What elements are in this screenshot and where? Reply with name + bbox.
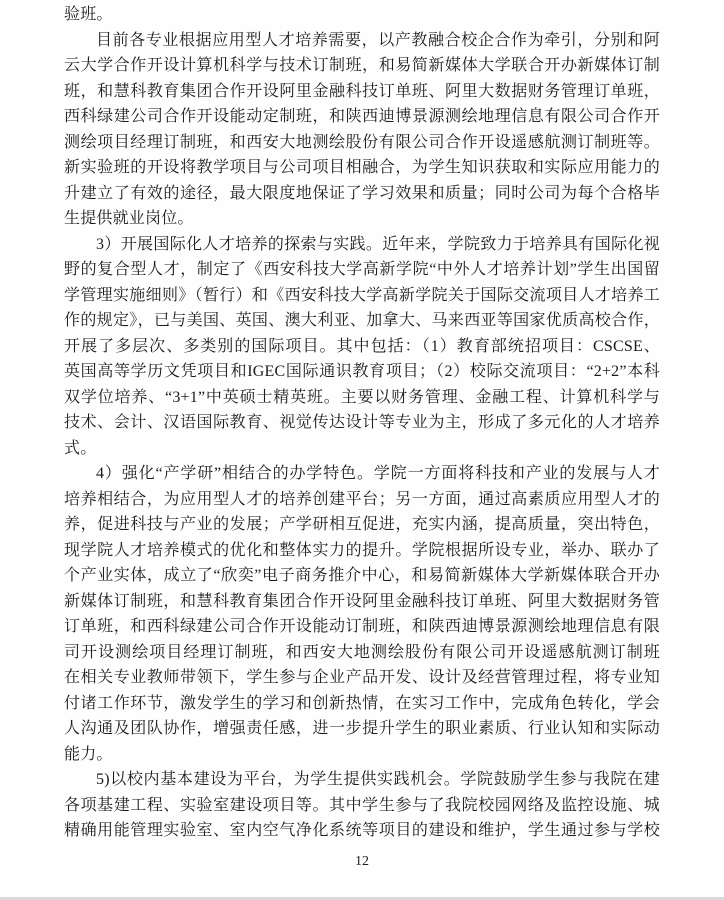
- text-line: 学管理实施细则》（暂行）和《西安科技大学高新学院关于国际交流项目人才培养工: [64, 283, 660, 309]
- text-line: 云大学合作开设计算机科学与技术订制班，和易简新媒体大学联合开办新媒体订制: [64, 53, 660, 79]
- text-line: 订单班，和西科绿建公司合作开设能动订制班，和陕西迪博景源测绘地理信息有限公: [64, 614, 660, 640]
- text-line: 4）强化“产学研”相结合的办学特色。学院一方面将科技和产业的发展与人才: [64, 461, 660, 487]
- text-line: 验班。: [64, 2, 660, 28]
- page-number: 12: [64, 853, 660, 871]
- text-line: 在相关专业教师带领下，学生参与企业产品开发、设计及经营管理过程，将专业知识: [64, 665, 660, 691]
- text-line: 野的复合型人才，制定了《西安科技大学高新学院“中外人才培养计划”学生出国留: [64, 257, 660, 283]
- text-line: 5)以校内基本建设为平台，为学生提供实践机会。学院鼓励学生参与我院在建的: [64, 767, 660, 793]
- text-line: 人沟通及团队协作，增强责任感，进一步提升学生的职业素质、行业认知和实际动手: [64, 716, 660, 742]
- text-line: 新实验班的开设将教学项目与公司项目相融合，为学生知识获取和实际应用能力的提: [64, 155, 660, 181]
- text-line: 能力。: [64, 742, 660, 768]
- text-line: 生提供就业岗位。: [64, 206, 660, 232]
- text-line: 开展了多层次、多类别的国际项目。其中包括：（1）教育部统招项目：CSCSE、SQ…: [64, 334, 660, 360]
- text-line: 新媒体订制班，和慧科教育集团合作开设阿里金融科技订单班、阿里大数据财务管理: [64, 589, 660, 615]
- text-line: 技术、会计、汉语国际教育、视觉传达设计等专业为主，形成了多元化的人才培养模: [64, 410, 660, 436]
- text-line: 双学位培养、“3+1”中英硕士精英班。主要以财务管理、金融工程、计算机科学与: [64, 385, 660, 411]
- text-line: 目前各专业根据应用型人才培养需要，以产教融合校企合作为牵引，分别和阿里: [64, 28, 660, 54]
- text-line: 付诸工作环节，激发学生的学习和创新热情，在实习工作中，完成角色转化，学会与: [64, 691, 660, 717]
- text-line: 司开设测绘项目经理订制班，和西安大地测绘股份有限公司开设遥感航测订制班等。: [64, 640, 660, 666]
- text-line: 式。: [64, 436, 660, 462]
- text-line: 现学院人才培养模式的优化和整体实力的提升。学院根据所设专业，举办、联办了多: [64, 538, 660, 564]
- text-line: 养，促进科技与产业的发展；产学研相互促进，充实内涵，提高质量，突出特色，实: [64, 512, 660, 538]
- text-line: 作的规定》，已与美国、英国、澳大利亚、加拿大、马来西亚等国家优质高校合作，: [64, 308, 660, 334]
- text-line: 精确用能管理实验室、室内空气净化系统等项目的建设和维护，学生通过参与学校的: [64, 818, 660, 844]
- document-page: 验班。目前各专业根据应用型人才培养需要，以产教融合校企合作为牵引，分别和阿里云大…: [0, 0, 724, 900]
- text-line: 3）开展国际化人才培养的探索与实践。近年来，学院致力于培养具有国际化视: [64, 232, 660, 258]
- document-body: 验班。目前各专业根据应用型人才培养需要，以产教融合校企合作为牵引，分别和阿里云大…: [64, 2, 660, 844]
- text-line: 班，和慧科教育集团合作开设阿里金融科技订单班、阿里大数据财务管理订单班，和: [64, 79, 660, 105]
- text-line: 升建立了有效的途径，最大限度地保证了学习效果和质量；同时公司为每个合格毕业: [64, 181, 660, 207]
- text-line: 各项基建工程、实验室建设项目等。其中学生参与了我院校园网络及监控设施、城市: [64, 793, 660, 819]
- text-line: 英国高等学历文凭项目和IGEC国际通识教育项目；（2）校际交流项目：“2+2”本…: [64, 359, 660, 385]
- text-line: 测绘项目经理订制班，和西安大地测绘股份有限公司合作开设遥感航测订制班等。创: [64, 130, 660, 156]
- text-line: 培养相结合，为应用型人才的培养创建平台；另一方面，通过高素质应用型人才的培: [64, 487, 660, 513]
- text-line: 西科绿建公司合作开设能动定制班，和陕西迪博景源测绘地理信息有限公司合作开设: [64, 104, 660, 130]
- text-line: 个产业实体，成立了“欣奕”电子商务推介中心，和易简新媒体大学新媒体联合开办: [64, 563, 660, 589]
